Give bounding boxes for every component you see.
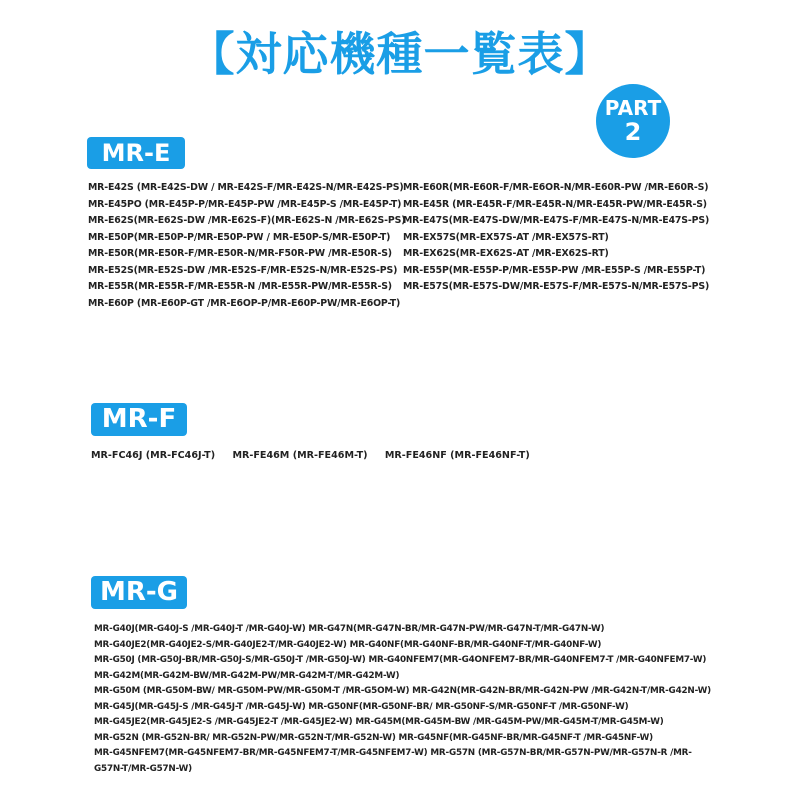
- section-tag-mr-e: MR-E: [87, 137, 185, 169]
- model-line: MR-E45PO (MR-E45P-P/MR-E45P-PW /MR-E45P-…: [88, 197, 405, 214]
- section-tag-mr-g: MR-G: [91, 576, 187, 609]
- part-number: 2: [625, 120, 642, 144]
- model-item: MR-FE46M (MR-FE46M-T): [232, 450, 367, 461]
- model-line: MR-E45R (MR-E45R-F/MR-E45R-N/MR-E45R-PW/…: [403, 197, 709, 214]
- model-line: MR-G42M(MR-G42M-BW/MR-G42M-PW/MR-G42M-T/…: [94, 669, 711, 685]
- model-line: MR-E57S(MR-E57S-DW/MR-E57S-F/MR-E57S-N/M…: [403, 279, 709, 296]
- part-label: PART: [605, 98, 661, 118]
- model-line: MR-G45J(MR-G45J-S /MR-G45J-T /MR-G45J-W)…: [94, 700, 711, 716]
- model-line: MR-E55P(MR-E55P-P/MR-E55P-PW /MR-E55P-S …: [403, 263, 709, 280]
- model-line: MR-E50P(MR-E50P-P/MR-E50P-PW / MR-E50P-S…: [88, 230, 405, 247]
- model-line: MR-E60R(MR-E60R-F/MR-E6OR-N/MR-E60R-PW /…: [403, 180, 709, 197]
- model-line: G57N-T/MR-G57N-W): [94, 762, 711, 778]
- mr-f-models: MR-FC46J (MR-FC46J-T) MR-FE46M (MR-FE46M…: [91, 450, 530, 461]
- mr-g-models: MR-G40J(MR-G40J-S /MR-G40J-T /MR-G40J-W)…: [94, 622, 711, 777]
- model-line: MR-G40J(MR-G40J-S /MR-G40J-T /MR-G40J-W)…: [94, 622, 711, 638]
- part-badge: PART 2: [596, 84, 670, 158]
- model-line: MR-G40JE2(MR-G40JE2-S/MR-G40JE2-T/MR-G40…: [94, 638, 711, 654]
- model-line: MR-G50M (MR-G50M-BW/ MR-G50M-PW/MR-G50M-…: [94, 684, 711, 700]
- model-line: MR-E60P (MR-E60P-GT /MR-E6OP-P/MR-E60P-P…: [88, 296, 405, 313]
- model-line: MR-EX62S(MR-EX62S-AT /MR-EX62S-RT): [403, 246, 709, 263]
- model-line: MR-G50J (MR-G50J-BR/MR-G50J-S/MR-G50J-T …: [94, 653, 711, 669]
- model-item: MR-FC46J (MR-FC46J-T): [91, 450, 215, 461]
- mr-e-right-column: MR-E60R(MR-E60R-F/MR-E6OR-N/MR-E60R-PW /…: [403, 180, 709, 296]
- model-line: MR-E52S(MR-E52S-DW /MR-E52S-F/MR-E52S-N/…: [88, 263, 405, 280]
- model-line: MR-G45JE2(MR-G45JE2-S /MR-G45JE2-T /MR-G…: [94, 715, 711, 731]
- mr-e-left-column: MR-E42S (MR-E42S-DW / MR-E42S-F/MR-E42S-…: [88, 180, 405, 312]
- model-line: MR-E62S(MR-E62S-DW /MR-E62S-F)(MR-E62S-N…: [88, 213, 405, 230]
- model-item: MR-FE46NF (MR-FE46NF-T): [385, 450, 530, 461]
- model-line: MR-G52N (MR-G52N-BR/ MR-G52N-PW/MR-G52N-…: [94, 731, 711, 747]
- model-line: MR-E47S(MR-E47S-DW/MR-E47S-F/MR-E47S-N/M…: [403, 213, 709, 230]
- model-line: MR-E42S (MR-E42S-DW / MR-E42S-F/MR-E42S-…: [88, 180, 405, 197]
- page-title: 【対応機種一覧表】: [0, 18, 800, 84]
- model-line: MR-EX57S(MR-EX57S-AT /MR-EX57S-RT): [403, 230, 709, 247]
- model-line: MR-E50R(MR-E50R-F/MR-E50R-N/MR-F50R-PW /…: [88, 246, 405, 263]
- model-line: MR-G45NFEM7(MR-G45NFEM7-BR/MR-G45NFEM7-T…: [94, 746, 711, 762]
- model-line: MR-E55R(MR-E55R-F/MR-E55R-N /MR-E55R-PW/…: [88, 279, 405, 296]
- section-tag-mr-f: MR-F: [91, 403, 187, 436]
